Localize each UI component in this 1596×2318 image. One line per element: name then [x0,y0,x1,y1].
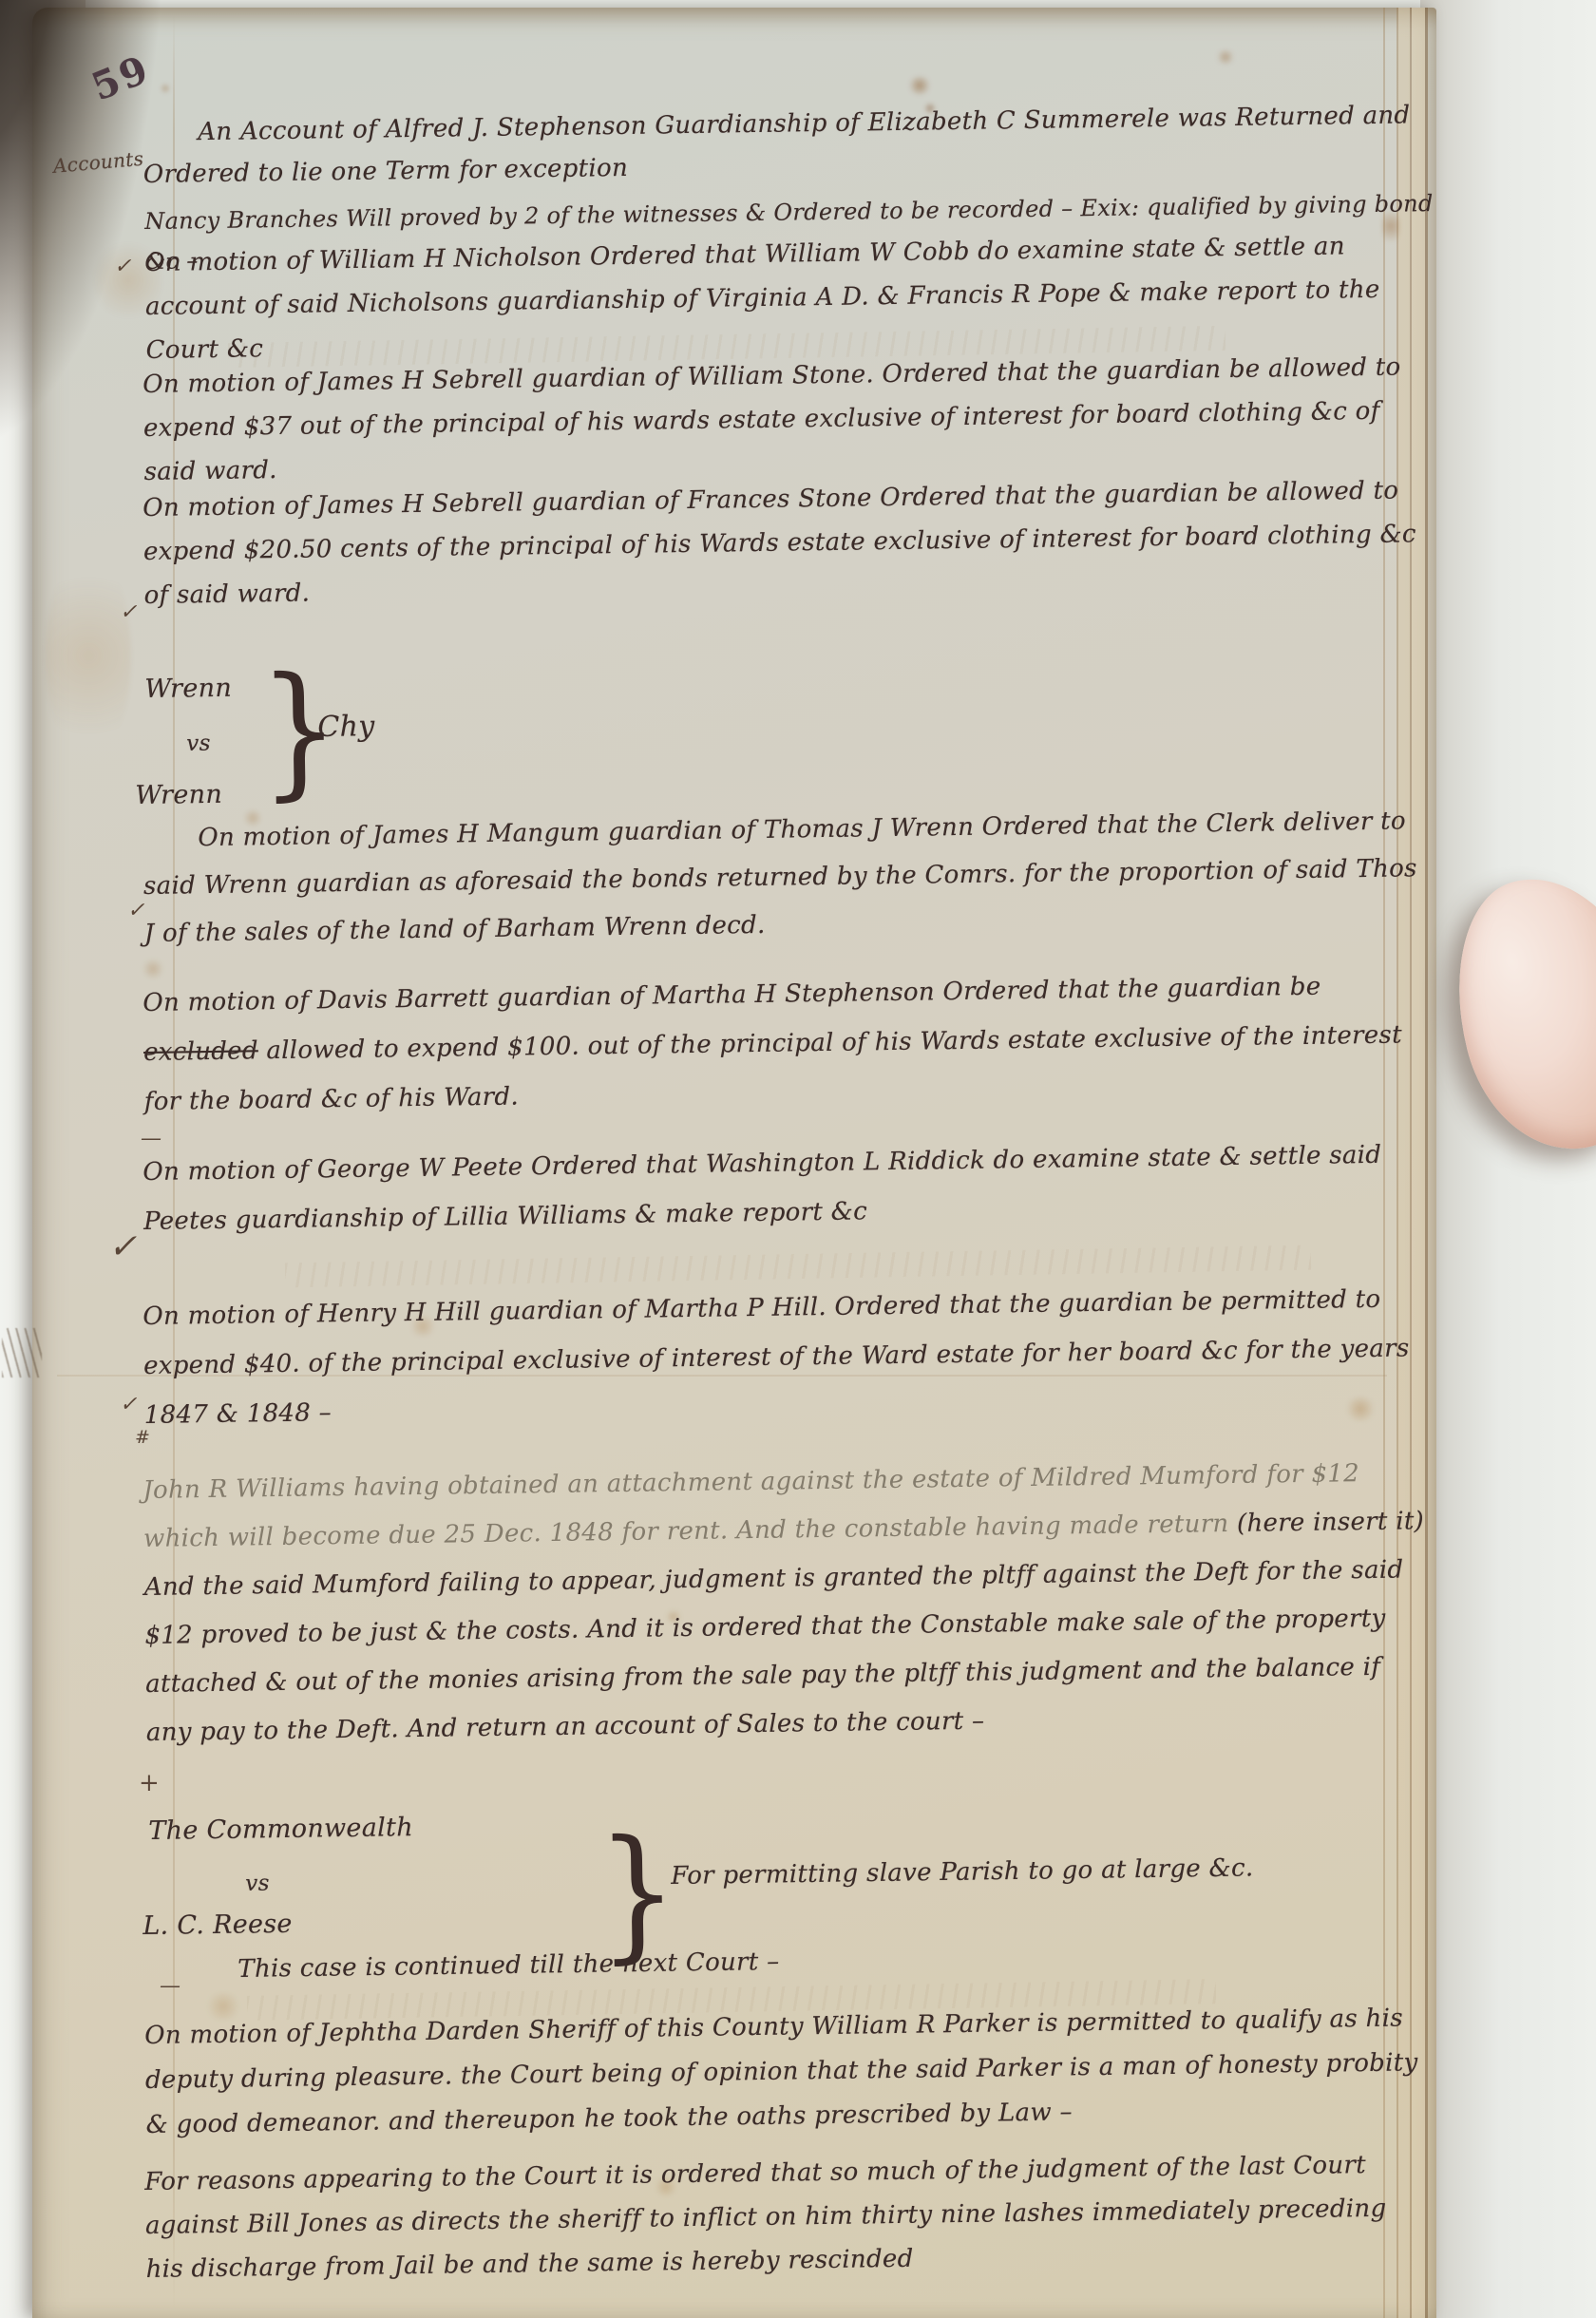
margin-check-large: ✓ [108,1227,137,1266]
margin-note: Accounts [51,137,145,189]
entry-williams-faded-lead: John R Williams having obtained an attac… [142,1459,1359,1553]
stain [907,76,932,95]
case-wrenn-defendant: Wrenn [135,772,222,818]
stain [160,84,171,93]
entry-mangum-wrenn: On motion of James H Mangum guardian of … [142,797,1422,958]
margin-cross: + [139,1769,160,1797]
entry-account-returned: An Account of Alfred J. Stephenson Guard… [142,94,1416,196]
margin-hash: # [135,1427,150,1448]
entry-hill-guardianship: On motion of Henry H Hill guardian of Ma… [142,1274,1422,1440]
entry-jones-rescind: For reasons appearing to the Court it is… [144,2142,1429,2291]
stain [141,959,165,978]
case-wrenn-plaintiff: Wrenn [144,666,232,712]
margin-dash: — [141,1127,161,1150]
offpage-writing-fragment [2,1328,42,1377]
stain [46,551,131,760]
case-commonwealth-status: This case is continued till the next Cou… [237,1940,780,1992]
case-commonwealth-vs: vs [245,1862,270,1907]
entry-barrett-pre: On motion of Davis Barrett guardian of M… [142,973,1321,1017]
case-commonwealth-defendant: L. C. Reese [142,1902,293,1948]
stain [1216,49,1235,65]
entry-peete-riddick: On motion of George W Peete Ordered that… [142,1130,1421,1246]
photo-background-right [1420,0,1596,2318]
margin-tick: ✓ [127,899,144,922]
margin-dash: — [160,1974,180,1998]
entry-sebrell-frances-stone: On motion of James H Sebrell guardian of… [142,468,1422,617]
margin-tick: ✓ [120,600,137,624]
margin-tick: ✓ [120,1393,137,1416]
entry-williams-attachment: John R Williams having obtained an attac… [142,1449,1429,1757]
entry-darden-deputy: On motion of Jephtha Darden Sheriff of t… [144,1996,1429,2148]
entry-barrett-struck-word: excluded [143,1036,258,1067]
case-commonwealth-plaintiff: The Commonwealth [148,1805,413,1853]
entry-barrett-stephenson: On motion of Davis Barrett guardian of M… [142,960,1427,1127]
scanned-ledger-photo: 59 Accounts An Account of Alfred J. Step… [0,0,1596,2318]
case-wrenn-vs: vs [186,722,211,767]
margin-tick: ✓ [114,255,131,278]
case-wrenn-court-label: Chy [317,704,375,750]
entry-barrett-post: allowed to expend $100. out of the princ… [144,1020,1402,1115]
